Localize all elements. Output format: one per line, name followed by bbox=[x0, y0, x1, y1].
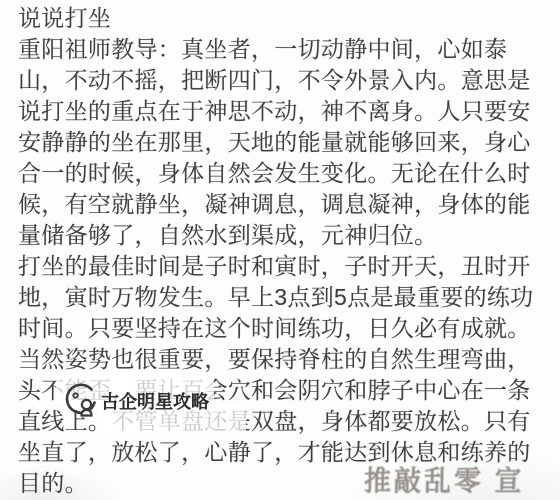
article-line: 地，寅时万物发生。早上3点到5点是最重要的练功 bbox=[18, 282, 560, 313]
penguin-circle-icon bbox=[62, 381, 100, 421]
watermark-badge: 古企明星攻略 bbox=[62, 381, 209, 421]
article-line: 安静静的坐在那里，天地的能量就能够回来，身心 bbox=[18, 127, 560, 158]
article-line: 合一的时候，身体自然会发生变化。无论在什么时 bbox=[18, 158, 560, 189]
page-title: 说说打坐 bbox=[18, 3, 560, 34]
article-line: 山，不动不摇，把断四门，不令外景入内。意思是 bbox=[18, 65, 560, 96]
watermark-badge-label: 古企明星攻略 bbox=[101, 388, 209, 414]
article-line: 重阳祖师教导：真坐者，一切动静中间，心如泰 bbox=[18, 34, 560, 65]
watermark-stamp: 推敲乱零 宣 bbox=[364, 458, 525, 499]
article-page: 说说打坐 重阳祖师教导：真坐者，一切动静中间，心如泰 山，不动不摇，把断四门，不… bbox=[0, 0, 560, 500]
article-line: 候，有空就静坐，凝神调息，调息凝神，身体的能 bbox=[18, 189, 560, 220]
article-line: 量储备够了，自然水到渠成，元神归位。 bbox=[18, 220, 560, 251]
article-line: 说打坐的重点在于神思不动，神不离身。人只要安 bbox=[18, 96, 560, 127]
article-line: 时间。只要坚持在这个时间练功，日久必有成就。 bbox=[18, 313, 560, 344]
article-line: 当然姿势也很重要，要保持脊柱的自然生理弯曲， bbox=[18, 344, 560, 375]
article-line: 打坐的最佳时间是子时和寅时，子时开天，丑时开 bbox=[18, 251, 560, 282]
